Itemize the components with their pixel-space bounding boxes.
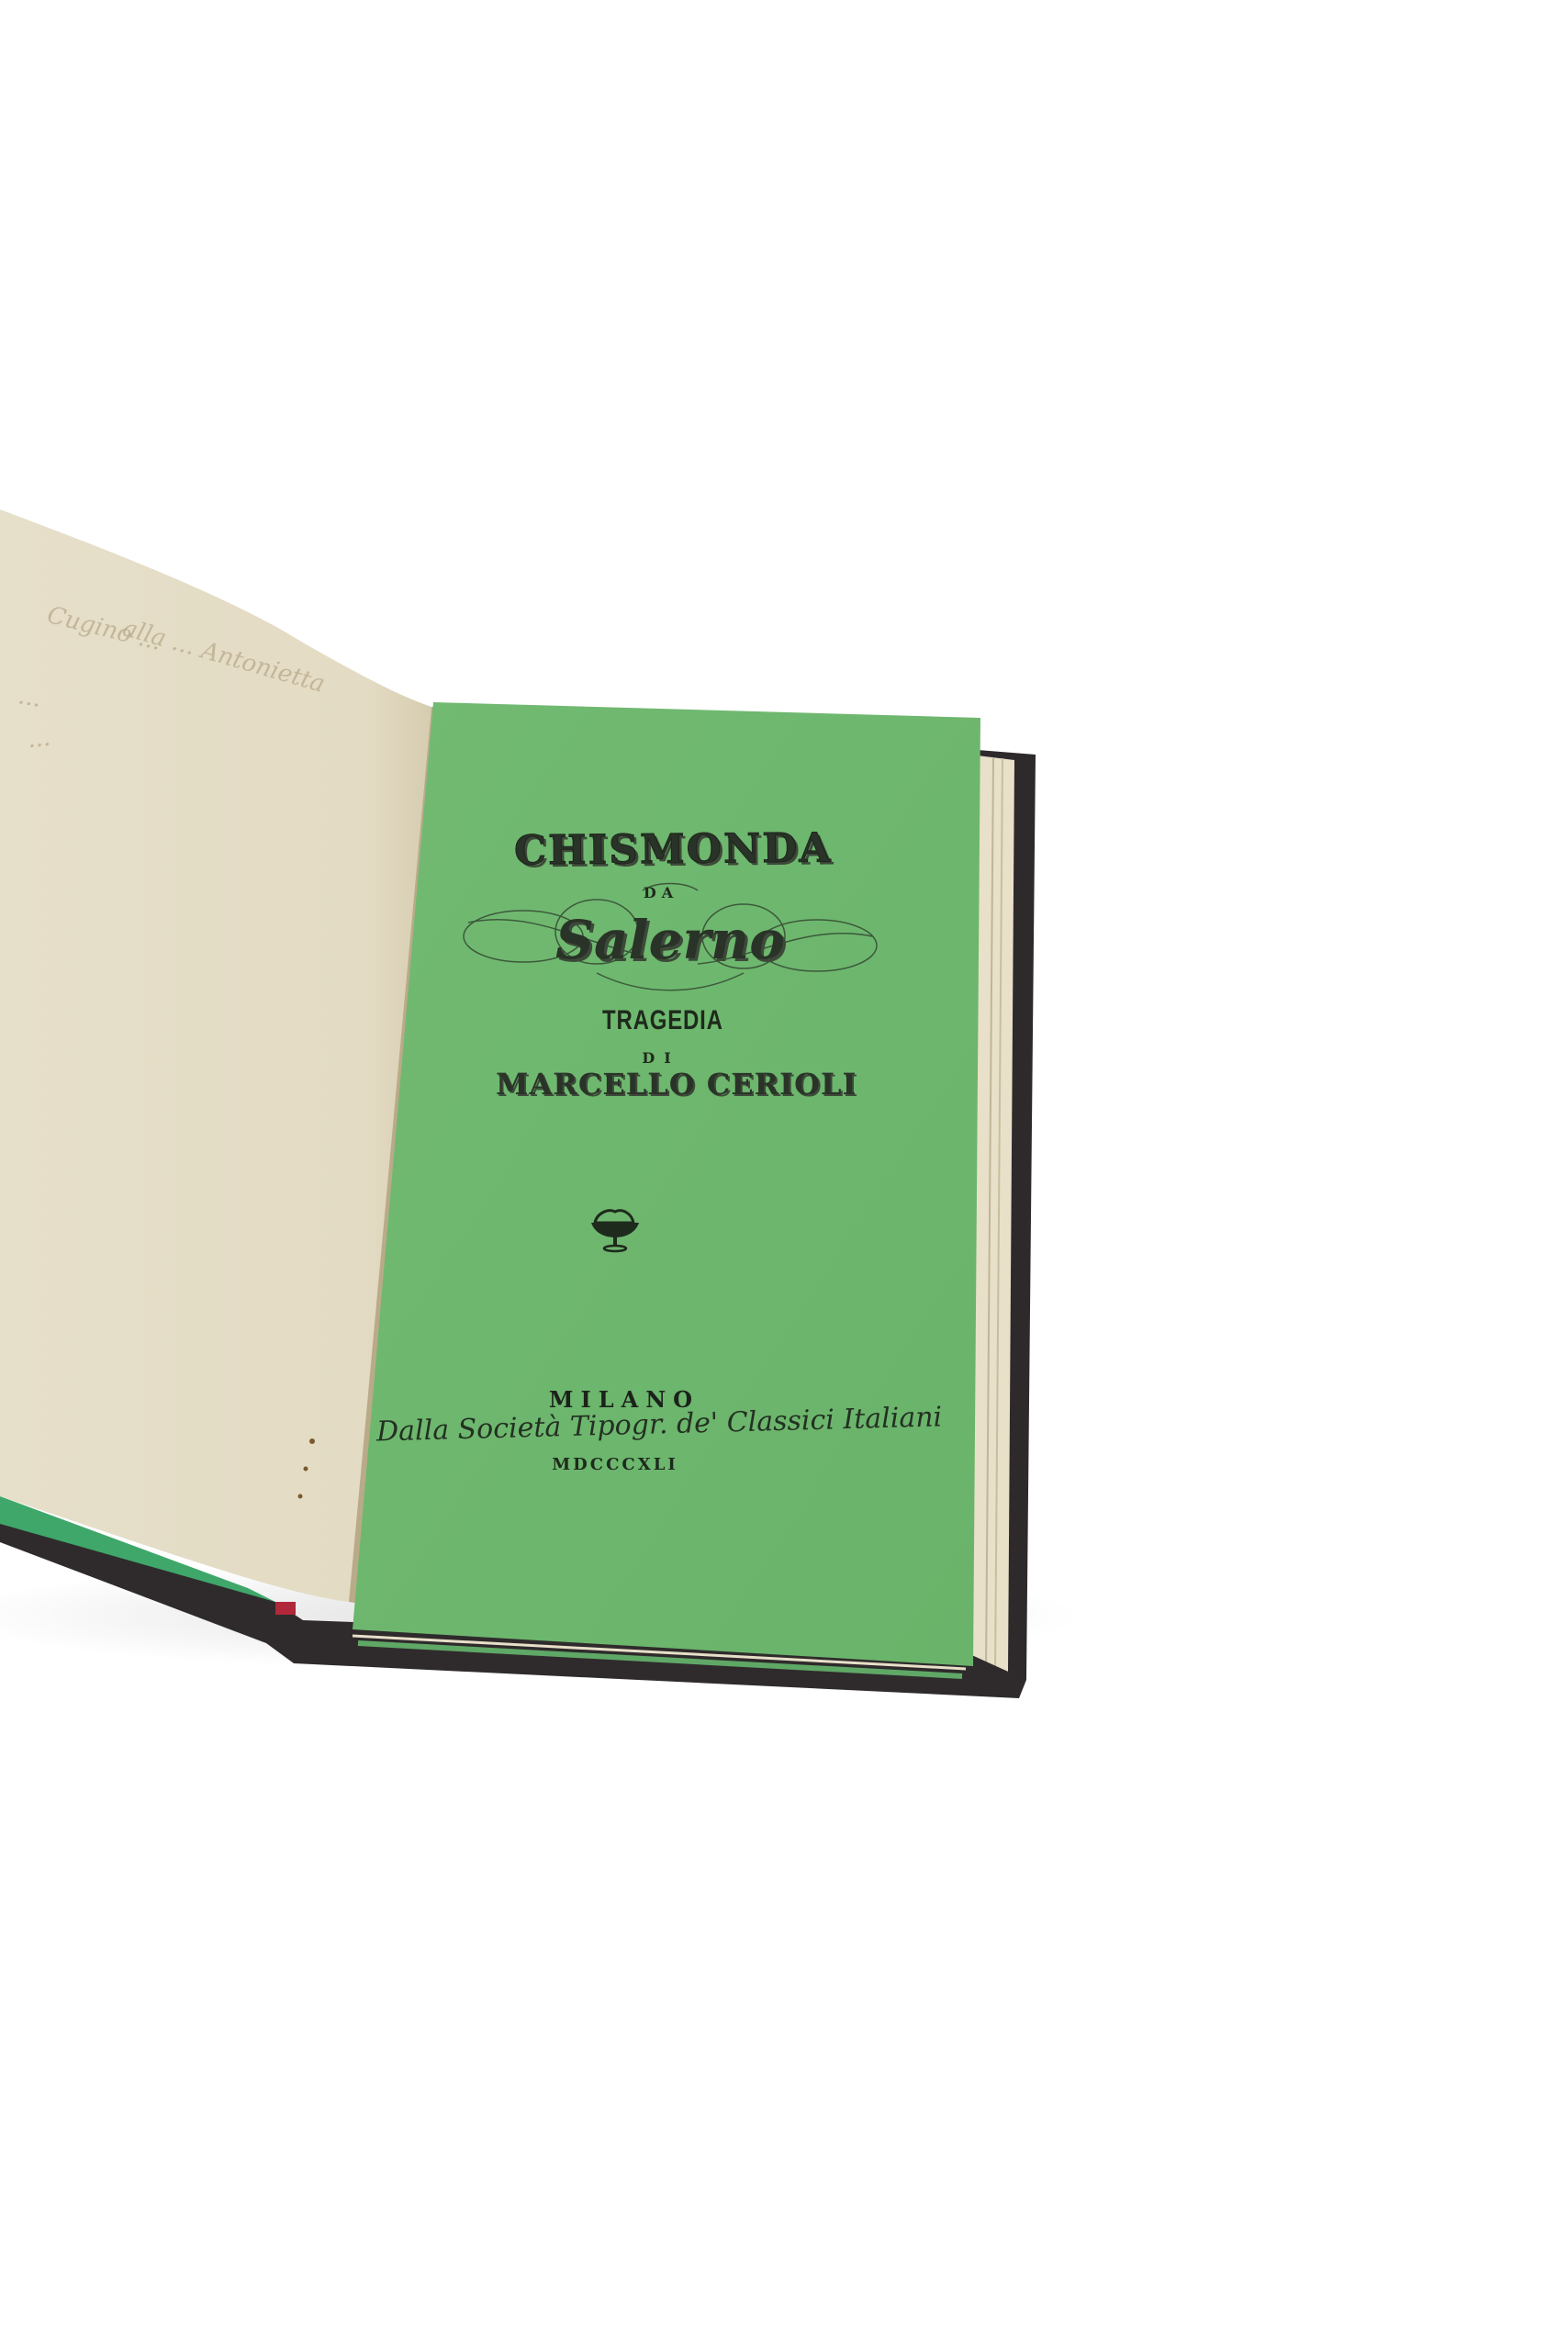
fruit-bowl-icon xyxy=(588,1203,643,1258)
pencil-note-line-4: ... xyxy=(26,724,51,754)
calligraphic-flourish xyxy=(459,881,881,1010)
pencil-note-line-3: ... xyxy=(17,682,44,713)
title-page xyxy=(353,702,980,1666)
open-book xyxy=(0,0,1568,2350)
book-photo-scene: CHISMONDA DA Salerno TRAGEDIA DI MARCELL… xyxy=(0,0,1568,2350)
headband xyxy=(275,1602,296,1615)
